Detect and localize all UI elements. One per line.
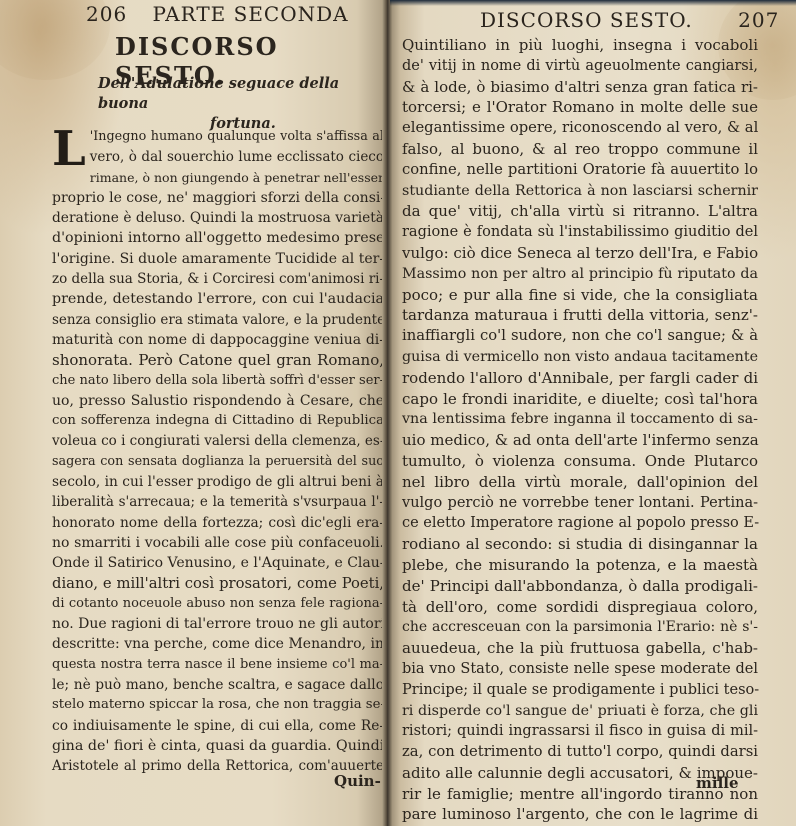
right-page: DISCORSO SESTO. 207 Quintiliano in più l… [388,0,796,826]
text-line: tà dell'oro, come sordidi dispregiaua co… [402,597,758,618]
text-line: Principe; il quale se prodigamente i pub… [402,680,758,701]
text-line: poco; e pur alla fine si vide, che la co… [402,285,758,306]
text-line: studiante della Rettorica à non lasciars… [402,181,758,202]
right-page-body: Quintiliano in più luoghi, insegna i voc… [402,35,758,825]
text-line: descritte: vna perche, come dice Menandr… [52,634,384,654]
text-line: secolo, in cui l'esser prodigo de gli al… [52,472,384,492]
text-line: vulgo perciò ne vorrebbe tener lontani. … [402,493,758,514]
text-line: bia vno Stato, consiste nelle spese mode… [402,659,758,680]
text-line: ri disperde co'l sangue de' priuati è fo… [402,701,758,722]
text-line: di cotanto noceuole abuso non senza fele… [52,594,384,614]
chapter-subtitle: Dell'Adulatione seguace della buona fort… [98,74,388,134]
text-line: liberalità s'arrecaua; e la temerità s'v… [52,492,384,512]
text-line: inaffiargli co'l sudore, non che co'l sa… [402,326,758,347]
top-edge-shadow [390,0,796,6]
text-line: tumulto, ò violenza consuma. Onde Plutar… [402,451,758,472]
text-line: voleua co i congiurati valersi della cle… [52,431,384,451]
text-line: deratione è deluso. Quindi la mostruosa … [52,208,384,228]
drop-cap: L [52,129,86,169]
running-head-text-right: DISCORSO SESTO. [480,8,693,32]
text-line: za, con detrimento di tutto'l corpo, qui… [402,742,758,763]
running-head-text-left: PARTE SECONDA [153,2,349,26]
text-line: ce eletto Imperatore ragione al popolo p… [402,513,758,534]
text-line: ragione è fondata sù l'instabilissimo gi… [402,222,758,243]
text-line: co indiuisamente le spine, di cui ella, … [52,716,384,736]
text-line: auuedeua, che la più fruttuosa gabella, … [402,638,758,659]
book-spread: 206 PARTE SECONDA DISCORSO SESTO. Dell'A… [0,0,796,826]
text-line: Onde il Satirico Venusino, e l'Aquinate,… [52,553,384,573]
text-line: prende, detestando l'errore, con cui l'a… [52,289,384,309]
text-line: stelo materno spiccar la rosa, che non t… [52,695,384,715]
text-line: vero, ò dal souerchio lume ecclissato ci… [52,147,384,167]
text-line: sagera con sensata doglianza la peruersi… [52,452,384,472]
running-head-left: 206 PARTE SECONDA [86,2,349,26]
text-line: guisa di vermicello non visto andaua tac… [402,347,758,368]
text-line: rodendo l'alloro d'Annibale, per fargli … [402,368,758,389]
text-line: honorato nome della fortezza; così dic'e… [52,513,384,533]
text-line: rimane, ò non giungendo à penetrar nell'… [52,168,384,188]
running-head-right: DISCORSO SESTO. 207 [480,8,779,32]
text-line: vulgo: ciò dice Seneca al terzo dell'Ira… [402,243,758,264]
text-line: & à lode, ò biasimo d'altri senza gran f… [402,77,758,98]
page-number-left: 206 [86,2,127,26]
page-number-right: 207 [738,8,779,32]
text-line: gina de' fiori è cinta, quasi da guardia… [52,736,384,756]
book-gutter [382,0,392,826]
text-line: senza consiglio era stimata valore, e la… [52,310,384,330]
text-line: torcersi; e l'Orator Romano in molte del… [402,97,758,118]
text-line: l'origine. Si duole amaramente Tucidide … [52,249,384,269]
subtitle-line-1: Dell'Adulatione seguace della buona [98,75,339,112]
text-line: le; nè può mano, benche scaltra, e sagac… [52,675,384,695]
text-line: da que' vitij, ch'alla virtù si ritranno… [402,201,758,222]
text-line: uo, presso Salustio rispondendo à Cesare… [52,391,384,411]
text-line: Massimo non per altro al principio fù ri… [402,264,758,285]
text-line: uio medico, & ad onta dell'arte l'inferm… [402,430,758,451]
left-page-body: L 'Ingegno humano qualunque volta s'affi… [52,127,384,777]
text-line: rodiano al secondo: si studia di disinga… [402,534,758,555]
text-line: che accresceuan con la parsimonia l'Erar… [402,617,758,638]
text-line: diano, e mill'altri così prosatori, come… [52,574,384,594]
text-line: falso, al buono, & al reo troppo commune… [402,139,758,160]
text-line: de' vitij in nome di virtù ageuolmente c… [402,56,758,77]
text-line: questa nostra terra nasce il bene insiem… [52,655,384,675]
text-line: nel libro della virtù morale, dall'opini… [402,472,758,493]
text-line: ristori; quindi ingrassarsi il fisco in … [402,721,758,742]
text-line: proprio le cose, ne' maggiori sforzi del… [52,188,384,208]
text-line: che nato libero della sola libertà soffr… [52,371,384,391]
text-line: vna lentissima febre inganna il toccamen… [402,409,758,430]
text-line: 'Ingegno humano qualunque volta s'affiss… [52,127,384,147]
catchword-left: Quin- [334,772,381,790]
text-line: confine, nelle partitioni Oratorie fà au… [402,160,758,181]
text-line: no. Due ragioni di tal'errore trouo ne g… [52,614,384,634]
text-line: pare luminoso l'argento, che con le lagr… [402,804,758,825]
left-page: 206 PARTE SECONDA DISCORSO SESTO. Dell'A… [0,0,388,826]
text-line: no smarriti i vocabili alle cose più con… [52,533,384,553]
text-line: Quintiliano in più luoghi, insegna i voc… [402,35,758,56]
text-line: d'opinioni intorno all'oggetto medesimo … [52,228,384,248]
text-line: con sofferenza indegna di Cittadino di R… [52,411,384,431]
text-line: tardanza maturaua i frutti della vittori… [402,305,758,326]
text-line: de' Principi dall'abbondanza, ò dalla pr… [402,576,758,597]
text-line: maturità con nome di dappocaggine veniua… [52,330,384,350]
text-line: shonorata. Però Catone quel gran Romano, [52,350,384,370]
text-line: capo le frondi inaridite, e diuelte; cos… [402,389,758,410]
text-line: elegantissime opere, riconoscendo al ver… [402,118,758,139]
catchword-right: mille [696,774,739,792]
text-line: zo della sua Storia, & i Corciresi com'a… [52,269,384,289]
text-line: plebe, che misurando la potenza, e la ma… [402,555,758,576]
